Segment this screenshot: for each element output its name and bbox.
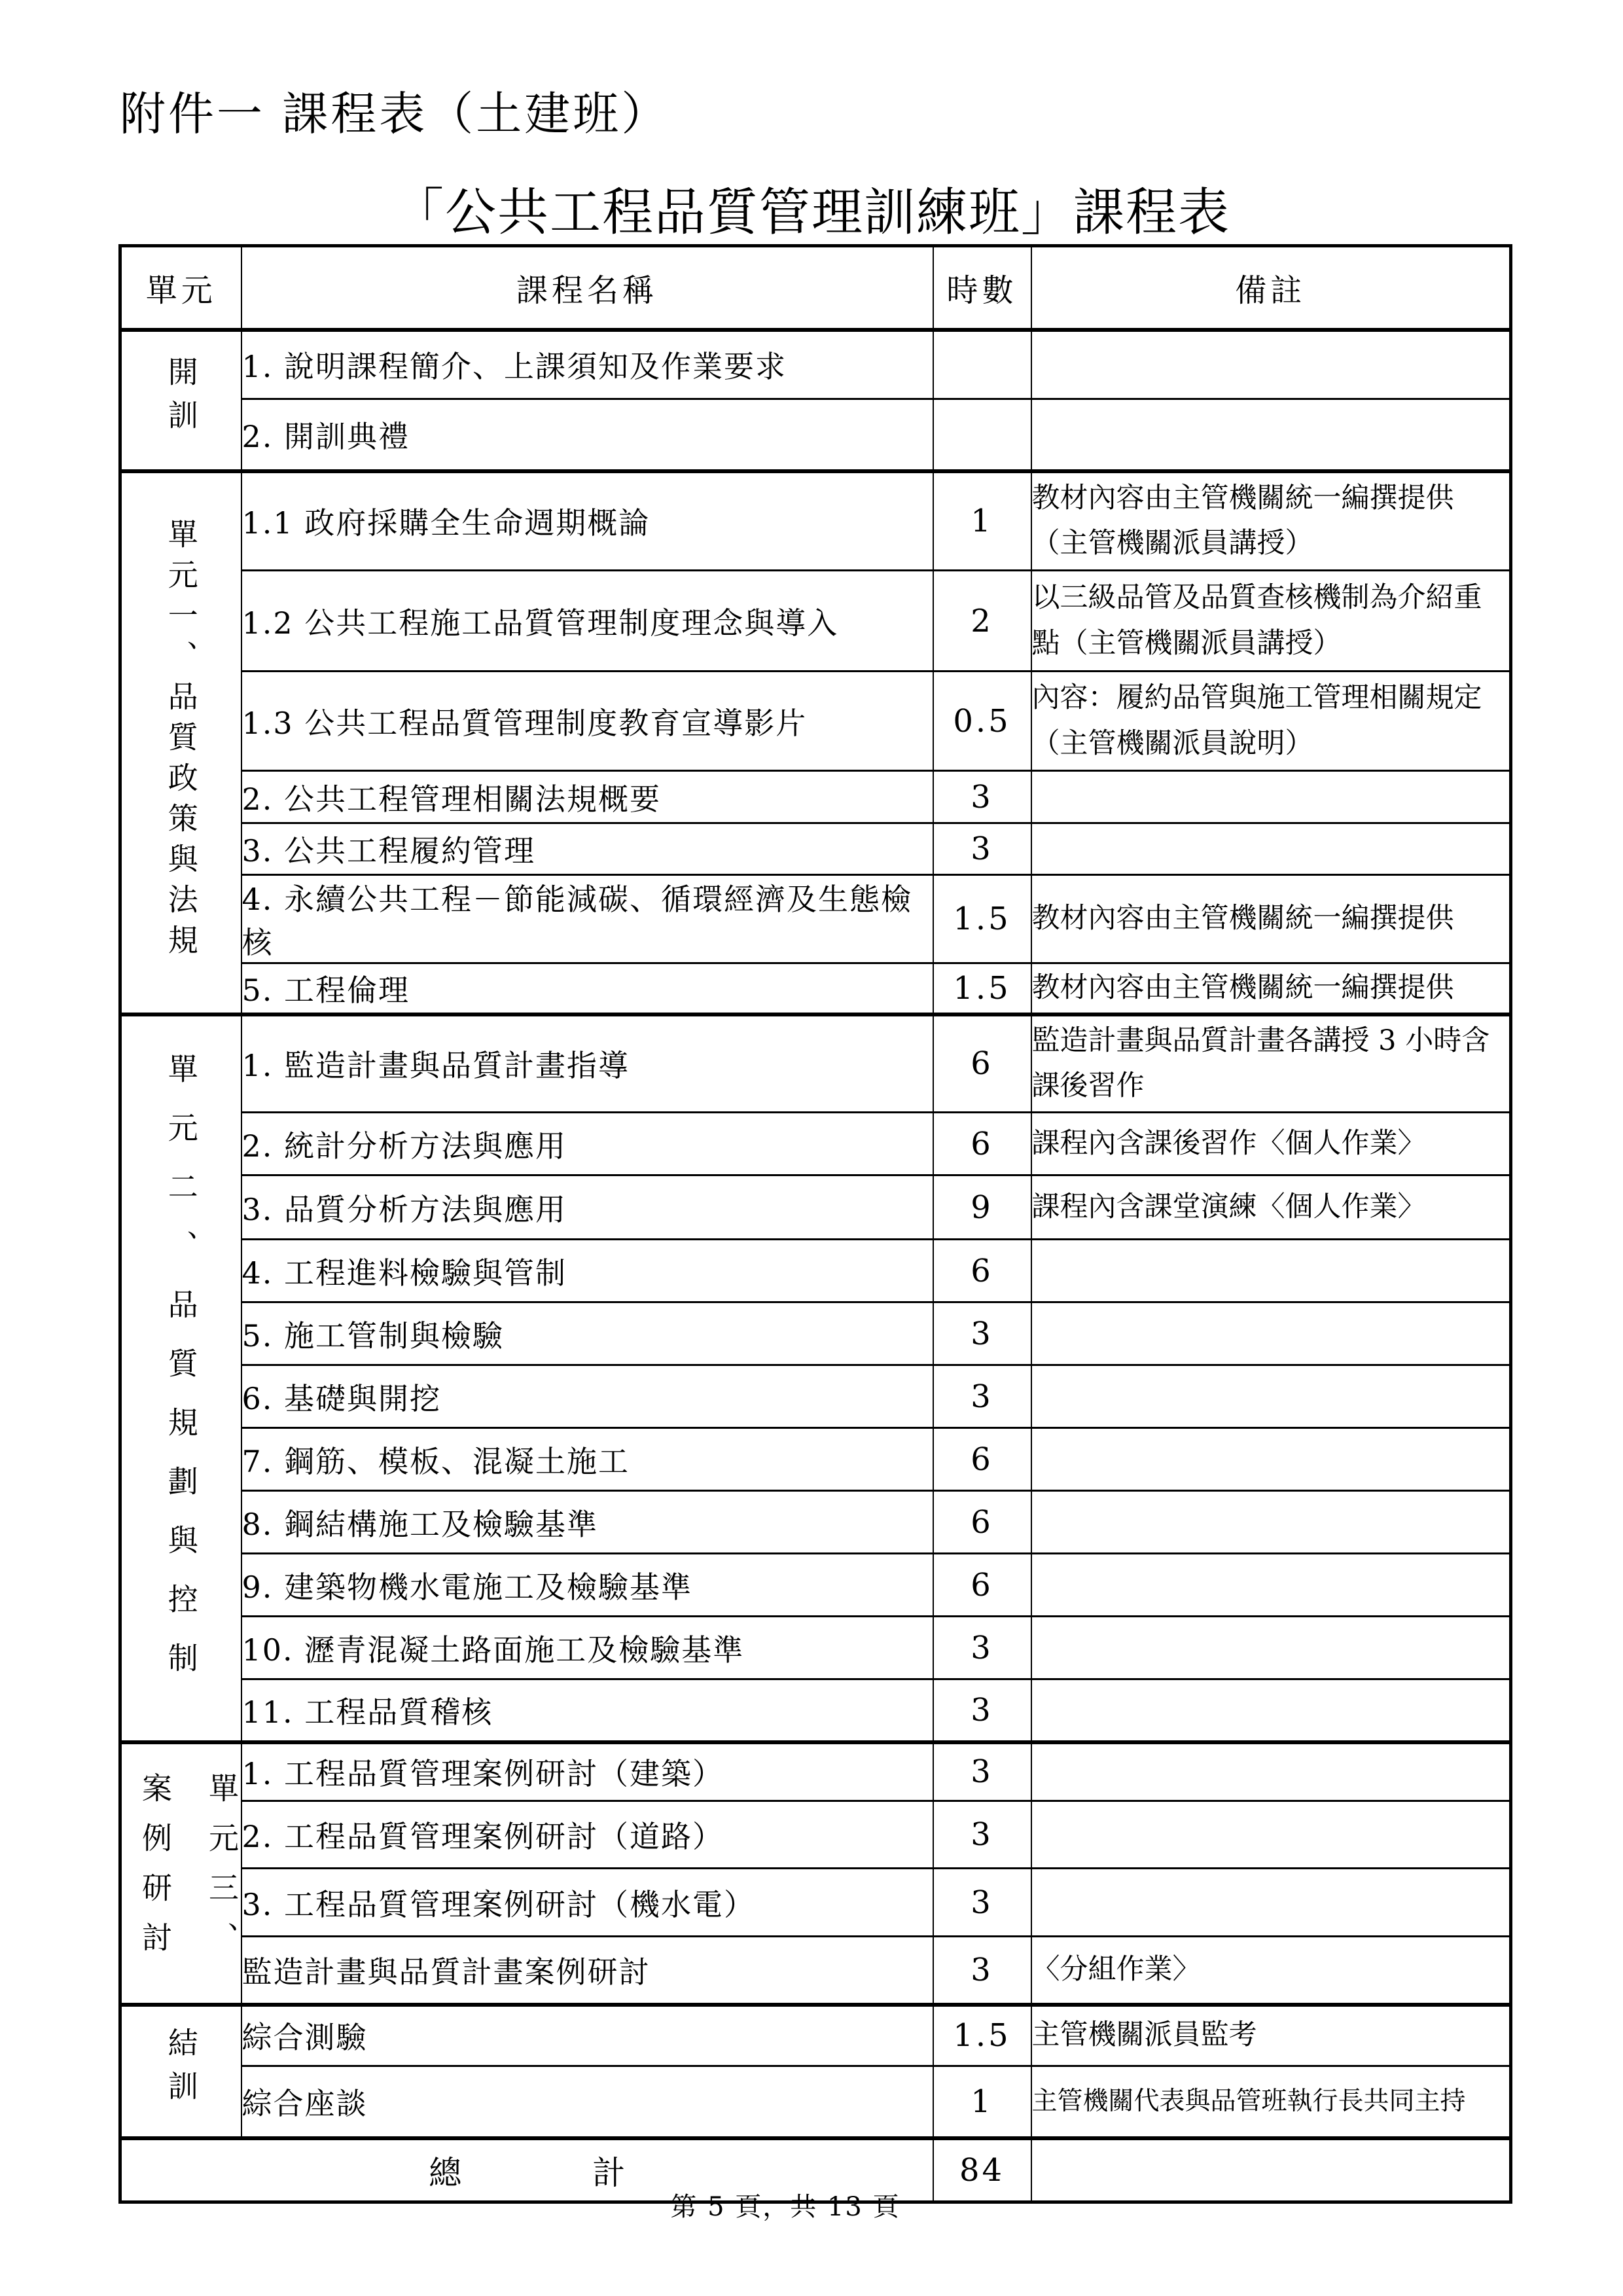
course-cell: 1. 說明課程簡介、上課須知及作業要求 (241, 330, 933, 399)
page-number-footer: 第 5 頁，共 13 頁 (0, 2186, 1571, 2223)
remarks-cell: 〈分組作業〉 (1031, 1937, 1511, 2005)
table-row: 綜合座談 1 主管機關代表與品管班執行長共同主持 (120, 2066, 1511, 2138)
hours-cell: 3 (933, 1801, 1031, 1869)
course-cell: 綜合測驗 (241, 2005, 933, 2066)
remarks-cell (1031, 1554, 1511, 1617)
page-title: 「公共工程品質管理訓練班」課程表 (0, 171, 1623, 245)
table-row: 5. 施工管制與檢驗 3 (120, 1302, 1511, 1365)
unit-cell: 單元二、品質規劃與控制 (120, 1014, 241, 1742)
course-cell: 5. 施工管制與檢驗 (241, 1302, 933, 1365)
table-header-row: 單元 課程名稱 時數 備註 (120, 246, 1511, 330)
remarks-cell: 監造計畫與品質計畫各講授 3 小時含 課後習作 (1031, 1014, 1511, 1113)
course-cell: 7. 鋼筋、模板、混凝土施工 (241, 1428, 933, 1491)
unit-label: 開訓 (160, 356, 203, 442)
course-cell: 2. 工程品質管理案例研討（道路） (241, 1801, 933, 1869)
remarks-cell (1031, 1491, 1511, 1554)
remarks-cell: 課程內含課堂演練〈個人作業〉 (1031, 1175, 1511, 1240)
table-row: 11. 工程品質稽核 3 (120, 1679, 1511, 1742)
table-row: 6. 基礎與開挖 3 (120, 1365, 1511, 1428)
hours-cell (933, 330, 1031, 399)
table-row: 8. 鋼結構施工及檢驗基準 6 (120, 1491, 1511, 1554)
course-cell: 8. 鋼結構施工及檢驗基準 (241, 1491, 933, 1554)
course-cell: 9. 建築物機水電施工及檢驗基準 (241, 1554, 933, 1617)
remarks-cell: 教材內容由主管機關統一編撰提供 (1031, 875, 1511, 963)
remarks-cell (1031, 1365, 1511, 1428)
hours-cell: 6 (933, 1240, 1031, 1302)
remarks-cell (1031, 330, 1511, 399)
remarks-cell (1031, 1617, 1511, 1679)
remarks-cell: 課程內含課後習作〈個人作業〉 (1031, 1113, 1511, 1175)
course-cell: 3. 品質分析方法與應用 (241, 1175, 933, 1240)
hours-cell (933, 399, 1031, 471)
course-cell: 1. 監造計畫與品質計畫指導 (241, 1014, 933, 1113)
remarks-cell (1031, 1240, 1511, 1302)
remarks-cell (1031, 771, 1511, 823)
table-row: 1.3 公共工程品質管理制度教育宣導影片 0.5 內容：履約品管與施工管理相關規… (120, 672, 1511, 771)
remarks-cell (1031, 399, 1511, 471)
hours-cell: 3 (933, 1617, 1031, 1679)
hours-cell: 1.5 (933, 963, 1031, 1014)
unit-cell: 開訓 (120, 330, 241, 471)
table-row: 1.2 公共工程施工品質管理制度理念與導入 2 以三級品管及品質查核機制為介紹重… (120, 571, 1511, 672)
unit-cell: 單元三、 案例研討 (120, 1742, 241, 2005)
hours-cell: 3 (933, 771, 1031, 823)
hours-cell: 3 (933, 1937, 1031, 2005)
table-row: 3. 公共工程履約管理 3 (120, 823, 1511, 875)
remarks-cell: 以三級品管及品質查核機制為介紹重 點（主管機關派員講授） (1031, 571, 1511, 672)
table-row: 2. 公共工程管理相關法規概要 3 (120, 771, 1511, 823)
course-cell: 2. 公共工程管理相關法規概要 (241, 771, 933, 823)
course-cell: 1. 工程品質管理案例研討（建築） (241, 1742, 933, 1801)
hours-cell: 6 (933, 1491, 1031, 1554)
remarks-cell (1031, 823, 1511, 875)
table-row: 單元二、品質規劃與控制 1. 監造計畫與品質計畫指導 6 監造計畫與品質計畫各講… (120, 1014, 1511, 1113)
unit-label: 單元二、品質規劃與控制 (160, 1053, 203, 1701)
table-row: 10. 瀝青混凝土路面施工及檢驗基準 3 (120, 1617, 1511, 1679)
table-row: 5. 工程倫理 1.5 教材內容由主管機關統一編撰提供 (120, 963, 1511, 1014)
hours-cell: 3 (933, 823, 1031, 875)
table-row: 單元一、品質政策與法規 1.1 政府採購全生命週期概論 1 教材內容由主管機關統… (120, 471, 1511, 571)
hours-cell: 1 (933, 2066, 1031, 2138)
hours-cell: 6 (933, 1554, 1031, 1617)
unit-label: 結訓 (160, 2027, 203, 2113)
hours-cell: 6 (933, 1428, 1031, 1491)
remarks-cell (1031, 1801, 1511, 1869)
hours-cell: 2 (933, 571, 1031, 672)
course-cell: 5. 工程倫理 (241, 963, 933, 1014)
unit-cell: 結訓 (120, 2005, 241, 2138)
hours-cell: 3 (933, 1742, 1031, 1801)
course-cell: 6. 基礎與開挖 (241, 1365, 933, 1428)
course-cell: 綜合座談 (241, 2066, 933, 2138)
hours-cell: 3 (933, 1365, 1031, 1428)
course-cell: 3. 工程品質管理案例研討（機水電） (241, 1869, 933, 1937)
column-header-hours: 時數 (933, 246, 1031, 330)
table-row: 2. 工程品質管理案例研討（道路） 3 (120, 1801, 1511, 1869)
hours-cell: 1.5 (933, 875, 1031, 963)
hours-cell: 1.5 (933, 2005, 1031, 2066)
hours-cell: 9 (933, 1175, 1031, 1240)
table-row: 結訓 綜合測驗 1.5 主管機關派員監考 (120, 2005, 1511, 2066)
course-cell: 監造計畫與品質計畫案例研討 (241, 1937, 933, 2005)
attachment-title: 附件一 課程表（土建班） (120, 77, 669, 143)
hours-cell: 3 (933, 1869, 1031, 1937)
table-row: 3. 品質分析方法與應用 9 課程內含課堂演練〈個人作業〉 (120, 1175, 1511, 1240)
table-row: 單元三、 案例研討 1. 工程品質管理案例研討（建築） 3 (120, 1742, 1511, 1801)
remarks-cell (1031, 1869, 1511, 1937)
remarks-cell: 主管機關派員監考 (1031, 2005, 1511, 2066)
table-row: 開訓 1. 說明課程簡介、上課須知及作業要求 (120, 330, 1511, 399)
course-cell: 3. 公共工程履約管理 (241, 823, 933, 875)
table-row: 9. 建築物機水電施工及檢驗基準 6 (120, 1554, 1511, 1617)
course-cell: 1.1 政府採購全生命週期概論 (241, 471, 933, 571)
remarks-cell: 主管機關代表與品管班執行長共同主持 (1031, 2066, 1511, 2138)
course-cell: 10. 瀝青混凝土路面施工及檢驗基準 (241, 1617, 933, 1679)
table-row: 4. 工程進料檢驗與管制 6 (120, 1240, 1511, 1302)
remarks-cell (1031, 1742, 1511, 1801)
remarks-cell (1031, 1679, 1511, 1742)
course-cell: 2. 統計分析方法與應用 (241, 1113, 933, 1175)
course-cell: 1.3 公共工程品質管理制度教育宣導影片 (241, 672, 933, 771)
unit-cell: 單元一、品質政策與法規 (120, 471, 241, 1014)
document-page: 附件一 課程表（土建班） 「公共工程品質管理訓練班」課程表 單元 課程名稱 時數… (0, 0, 1623, 2296)
unit-label: 單元一、品質政策與法規 (160, 518, 203, 965)
column-header-unit: 單元 (120, 246, 241, 330)
table-row: 7. 鋼筋、模板、混凝土施工 6 (120, 1428, 1511, 1491)
hours-cell: 3 (933, 1302, 1031, 1365)
course-cell: 1.2 公共工程施工品質管理制度理念與導入 (241, 571, 933, 672)
table-row: 4. 永續公共工程－節能減碳、循環經濟及生態檢核 1.5 教材內容由主管機關統一… (120, 875, 1511, 963)
column-header-course: 課程名稱 (241, 246, 933, 330)
table-row: 2. 開訓典禮 (120, 399, 1511, 471)
course-cell: 11. 工程品質稽核 (241, 1679, 933, 1742)
hours-cell: 3 (933, 1679, 1031, 1742)
remarks-cell: 教材內容由主管機關統一編撰提供 （主管機關派員講授） (1031, 471, 1511, 571)
column-header-remarks: 備註 (1031, 246, 1511, 330)
unit-label: 單元三、 案例研討 (122, 1772, 241, 1971)
table-row: 3. 工程品質管理案例研討（機水電） 3 (120, 1869, 1511, 1937)
course-schedule-table: 單元 課程名稱 時數 備註 開訓 1. 說明課程簡介、上課須知及作業要求 2. … (118, 244, 1512, 2204)
hours-cell: 1 (933, 471, 1031, 571)
hours-cell: 6 (933, 1014, 1031, 1113)
remarks-cell (1031, 1302, 1511, 1365)
remarks-cell: 內容：履約品管與施工管理相關規定 （主管機關派員說明） (1031, 672, 1511, 771)
remarks-cell (1031, 1428, 1511, 1491)
table-row: 2. 統計分析方法與應用 6 課程內含課後習作〈個人作業〉 (120, 1113, 1511, 1175)
course-cell: 2. 開訓典禮 (241, 399, 933, 471)
hours-cell: 6 (933, 1113, 1031, 1175)
course-cell: 4. 工程進料檢驗與管制 (241, 1240, 933, 1302)
table-row: 監造計畫與品質計畫案例研討 3 〈分組作業〉 (120, 1937, 1511, 2005)
hours-cell: 0.5 (933, 672, 1031, 771)
remarks-cell: 教材內容由主管機關統一編撰提供 (1031, 963, 1511, 1014)
course-cell: 4. 永續公共工程－節能減碳、循環經濟及生態檢核 (241, 875, 933, 963)
